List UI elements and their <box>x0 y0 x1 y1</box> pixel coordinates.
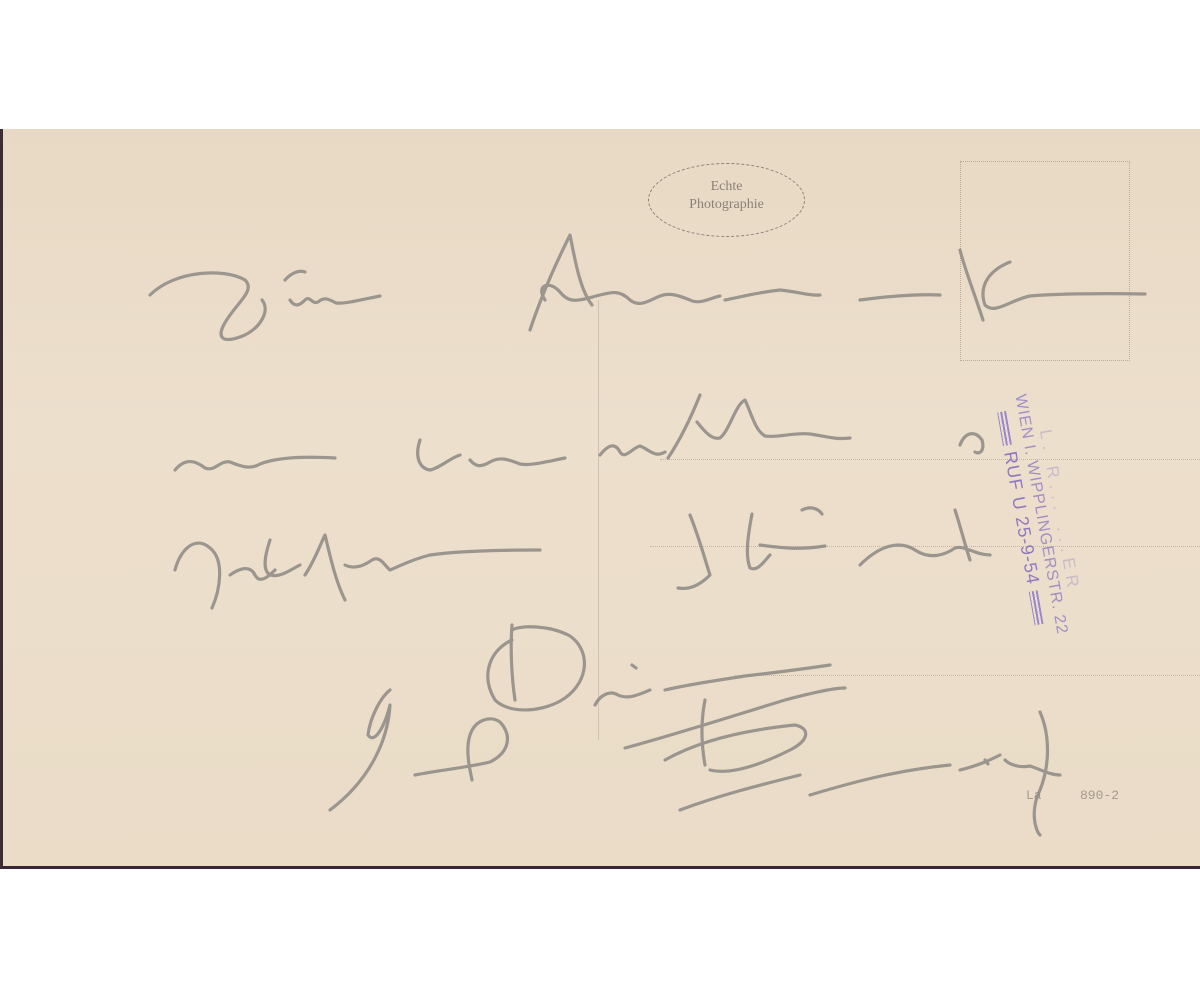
print-code: 890-2 <box>1080 788 1119 803</box>
echte-photographie-logo: Echte Photographie <box>648 163 805 237</box>
address-line-3 <box>735 675 1200 676</box>
postage-stamp-box <box>960 161 1130 361</box>
stamp-bar-icon <box>1029 590 1044 625</box>
print-code-prefix: La <box>1026 788 1042 803</box>
logo-line1: Echte <box>649 178 804 196</box>
stamp-bar-icon <box>997 411 1012 446</box>
vertical-divider <box>598 300 599 740</box>
logo-line2: Photographie <box>649 196 804 214</box>
address-line-2 <box>650 546 1200 547</box>
address-line-1 <box>660 459 1200 460</box>
